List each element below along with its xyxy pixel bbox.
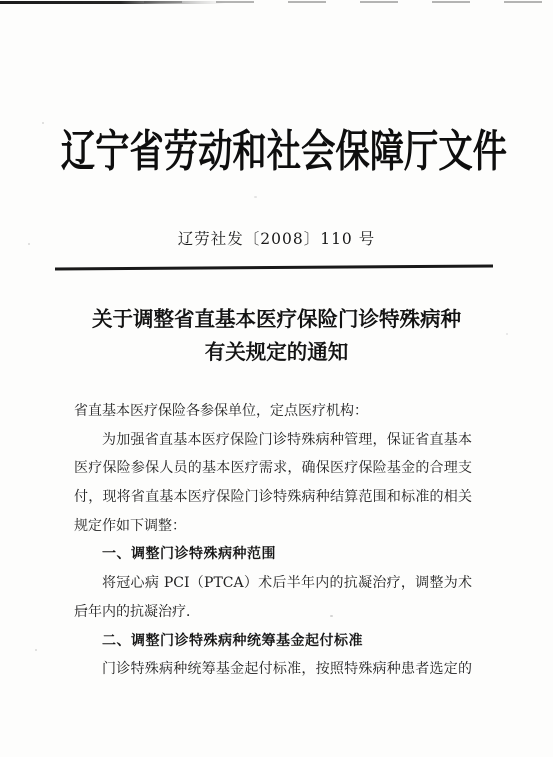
header-separator-line [55, 264, 493, 270]
document-title: 关于调整省直基本医疗保险门诊特殊病种 有关规定的通知 [0, 303, 553, 369]
body-salutation-line: 省直基本医疗保险各参保单位，定点医疗机构： [74, 397, 472, 426]
scanned-document-page: 辽宁省劳动和社会保障厅文件 辽劳社发〔2008〕110 号 关于调整省直基本医疗… [0, 0, 553, 757]
body-text-line: 一年内的抗凝治疗． [74, 598, 472, 627]
document-title-line1: 关于调整省直基本医疗保险门诊特殊病种 [0, 303, 553, 336]
scan-artifact-top-line [0, 1, 553, 4]
scan-speck [330, 615, 333, 617]
body-text-line: 医疗保险参保人员的基本医疗需求，确保医疗保险基金的合理支 [74, 454, 472, 483]
document-title-line2: 有关规定的通知 [0, 336, 553, 369]
scan-speck [42, 122, 44, 124]
body-section-heading-1: 一、调整门诊特殊病种范围 [74, 540, 472, 569]
body-text-line: 门诊特殊病种统筹基金起付标准，按照特殊病种患者选定的 [74, 655, 472, 684]
body-text-line: 将冠心病 PCI（PTCA）术后半年内的抗凝治疗，调整为术后 [74, 569, 472, 598]
body-text-line: 为加强省直基本医疗保险门诊特殊病种管理，保证省直基本 [74, 426, 472, 455]
body-text-line: 付，现将省直基本医疗保险门诊特殊病种结算范围和标准的相关 [74, 483, 472, 512]
scan-speck [28, 243, 30, 245]
body-text-line: 规定作如下调整： [74, 512, 472, 541]
document-body: 省直基本医疗保险各参保单位，定点医疗机构： 为加强省直基本医疗保险门诊特殊病种管… [74, 397, 472, 684]
document-header-agency-title: 辽宁省劳动和社会保障厅文件 [61, 124, 492, 180]
document-number: 辽劳社发〔2008〕110 号 [0, 228, 553, 250]
scan-speck [506, 333, 508, 335]
scan-speck [254, 196, 257, 198]
scan-speck [35, 649, 37, 651]
body-section-heading-2: 二、调整门诊特殊病种统筹基金起付标准 [74, 627, 472, 656]
